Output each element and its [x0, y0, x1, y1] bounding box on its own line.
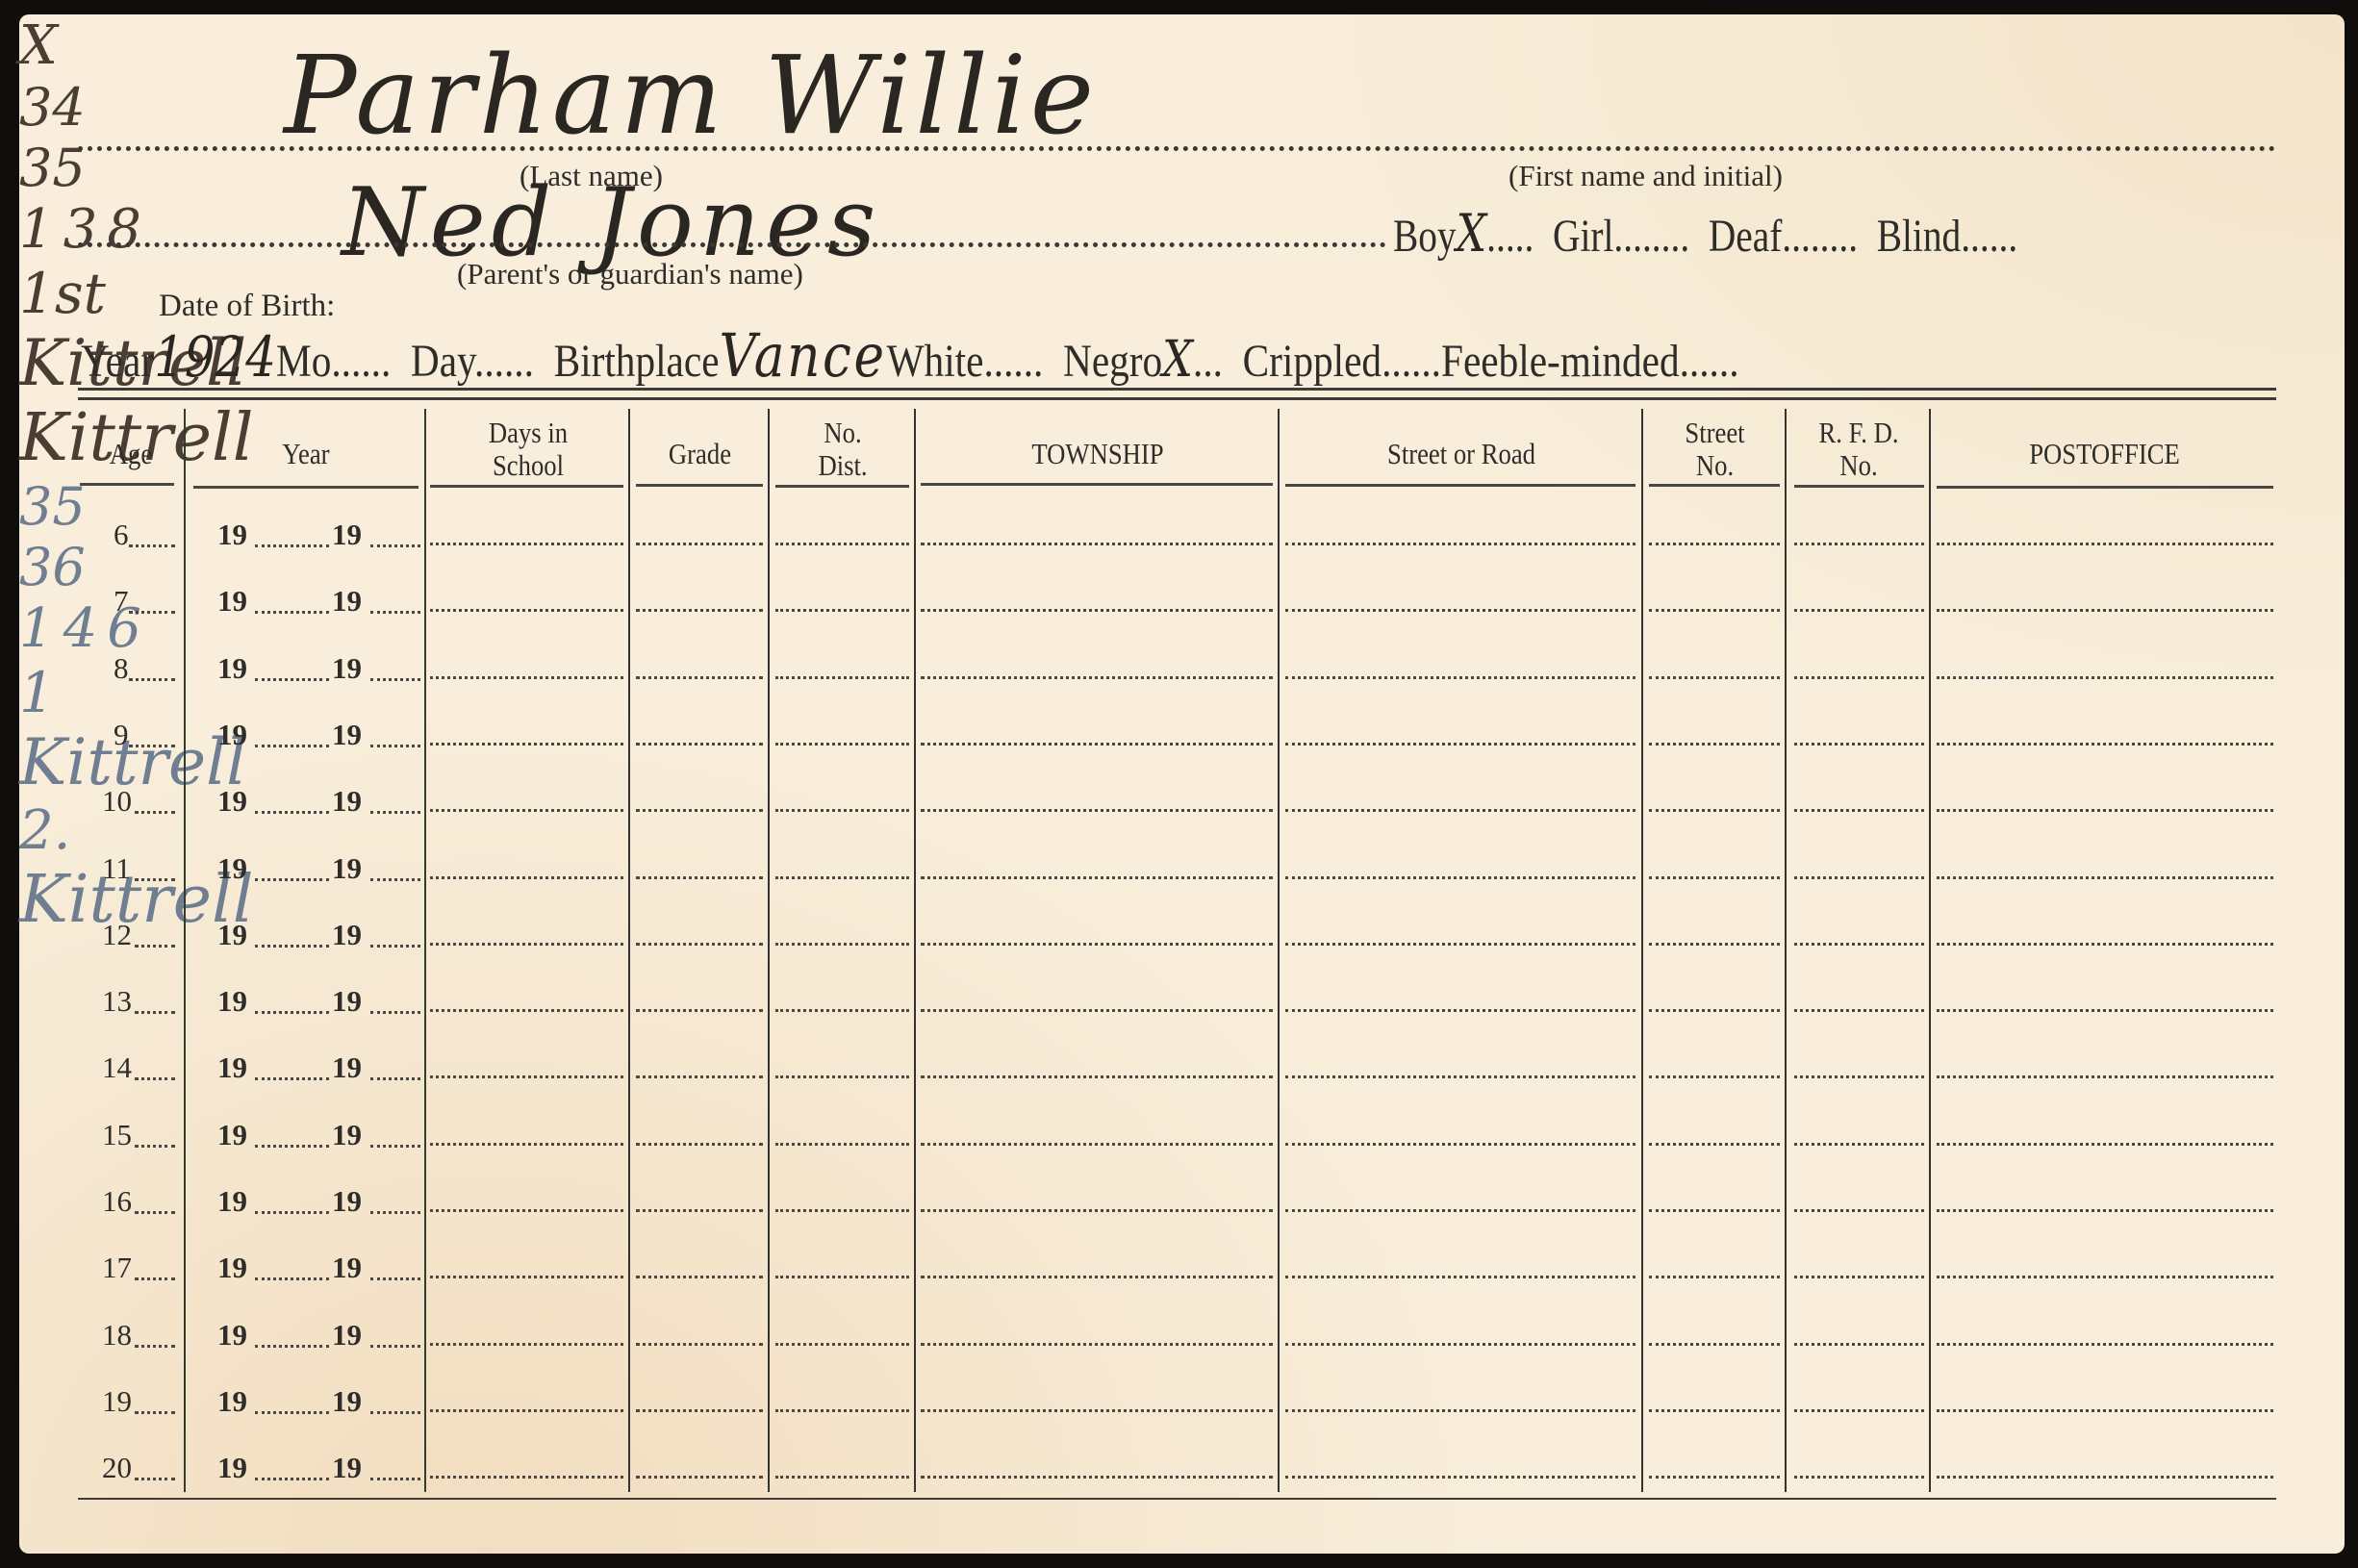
row-field-dots [775, 609, 909, 612]
header-underline [1285, 484, 1635, 487]
row-year-from-dots [255, 878, 329, 881]
col-divider-age-year [184, 409, 186, 1492]
header-grade: Grade [642, 438, 758, 470]
row-year-to-dots [370, 1145, 420, 1148]
col-divider-year-days [424, 409, 426, 1492]
row-year-from-prefix: 19 [217, 784, 247, 819]
row-field-dots [921, 1343, 1273, 1346]
row-year-from-prefix: 19 [217, 1318, 247, 1353]
dob-row: Year1924Mo...... Day...... BirthplaceVan… [81, 320, 2009, 391]
row-year-to-dots [370, 1077, 420, 1080]
row-field-dots [921, 943, 1273, 946]
row-grade: 1 [19, 660, 2345, 725]
row-year-from-dots [255, 811, 329, 814]
negro-mark: X [1162, 331, 1193, 389]
header-underline [775, 485, 909, 488]
row-field-dots [1937, 1409, 2273, 1412]
row-age: 14 [102, 1050, 132, 1085]
row-field-dots [775, 676, 909, 679]
row-field-dots [1285, 1143, 1635, 1146]
header-year: Year [204, 438, 408, 470]
row-field-dots [1285, 1343, 1635, 1346]
birthplace-label: Birthplace [554, 336, 720, 387]
row-year-to-dots [370, 1211, 420, 1214]
row-field-dots [1649, 1276, 1780, 1278]
row-field-dots [430, 1343, 623, 1346]
row-field-dots [1285, 1209, 1635, 1212]
row-field-dots [1937, 743, 2273, 746]
girl-label: Girl [1553, 211, 1613, 262]
row-field-dots [636, 1476, 763, 1479]
row-field-dots [1285, 743, 1635, 746]
row-field-dots [1937, 876, 2273, 879]
row-age-dots [129, 544, 175, 547]
row-year-from-dots [255, 1277, 329, 1280]
row-field-dots [430, 543, 623, 545]
row-field-dots [775, 743, 909, 746]
row-year-from-prefix: 19 [217, 1184, 247, 1219]
row-field-dots [921, 1409, 1273, 1412]
row-field-dots [430, 676, 623, 679]
row-field-dots [1794, 1075, 1924, 1078]
row-field-dots [1649, 1343, 1780, 1346]
row-field-dots [1794, 543, 1924, 545]
row-field-dots [775, 543, 909, 545]
row-year-to-dots [370, 745, 420, 747]
row-field-dots [1649, 1476, 1780, 1479]
row-year-from-prefix: 19 [217, 584, 247, 619]
row-field-dots [775, 943, 909, 946]
row-township: Kittrell [19, 725, 2345, 799]
row-field-dots [1794, 1209, 1924, 1212]
row-field-dots [1285, 676, 1635, 679]
row-year-from-dots [255, 1345, 329, 1348]
row-field-dots [1794, 1409, 1924, 1412]
row-year-to-prefix: 19 [332, 518, 362, 552]
header-underline [80, 483, 174, 486]
row-field-dots [636, 1143, 763, 1146]
row-field-dots [921, 1009, 1273, 1012]
row-year-to-prefix: 19 [332, 1184, 362, 1219]
row-year-from-prefix: 19 [217, 984, 247, 1019]
row-field-dots [1285, 1476, 1635, 1479]
row-field-dots [921, 676, 1273, 679]
row-field-dots [636, 1343, 763, 1346]
row-year-to-dots [370, 1345, 420, 1348]
row-field-dots [1794, 1343, 1924, 1346]
row-field-dots [1794, 1276, 1924, 1278]
row-field-dots [1794, 1476, 1924, 1479]
col-divider-township-street [1278, 409, 1280, 1492]
row-year-to-dots [370, 611, 420, 614]
row-year-to-dots [370, 1478, 420, 1480]
header-double-rule-top [78, 388, 2276, 391]
row-field-dots [1285, 1409, 1635, 1412]
row-year-to-dots [370, 1011, 420, 1014]
row-field-dots [1285, 1276, 1635, 1278]
header-underline [1794, 485, 1924, 488]
row-field-dots [921, 1476, 1273, 1479]
row-field-dots [775, 1276, 909, 1278]
row-year-to-prefix: 19 [332, 984, 362, 1019]
row-age-dots [135, 1411, 175, 1414]
row-field-dots [775, 1343, 909, 1346]
row-field-dots [775, 1009, 909, 1012]
row-field-dots [1937, 1343, 2273, 1346]
header-underline [636, 484, 763, 487]
row-year-to-prefix: 19 [332, 1318, 362, 1353]
row-field-dots [1285, 609, 1635, 612]
row-year-to-dots [370, 811, 420, 814]
dob-label: Date of Birth: [159, 289, 335, 324]
row-field-dots [1285, 943, 1635, 946]
row-field-dots [1285, 1009, 1635, 1012]
row-field-dots [1285, 543, 1635, 545]
row-field-dots [1937, 676, 2273, 679]
feeble-minded-label: Feeble-minded [1441, 336, 1680, 387]
row-field-dots [636, 1209, 763, 1212]
row-year-from-prefix: 19 [217, 1384, 247, 1419]
row-field-dots [1937, 1476, 2273, 1479]
row-field-dots [636, 876, 763, 879]
row-year-to-prefix: 19 [332, 718, 362, 752]
row-age-dots [135, 1345, 175, 1348]
row-age: 10 [102, 784, 132, 819]
row-age: 12 [102, 918, 132, 952]
row-field-dots [1794, 1143, 1924, 1146]
row-year-to-dots [370, 544, 420, 547]
row-age: 18 [102, 1318, 132, 1353]
row-year-to-prefix: 19 [332, 1251, 362, 1285]
row-field-dots [1649, 1009, 1780, 1012]
row-year-to-dots [370, 878, 420, 881]
header-underline [921, 483, 1273, 486]
row-year-from-prefix: 19 [217, 1118, 247, 1152]
row-year-to-dots [370, 1277, 420, 1280]
row-year-from-prefix: 19 [217, 651, 247, 686]
row-field-dots [775, 1209, 909, 1212]
row-field-dots [1649, 1409, 1780, 1412]
row-year-to-prefix: 19 [332, 1384, 362, 1419]
row-field-dots [430, 609, 623, 612]
row-field-dots [1937, 1009, 2273, 1012]
row-field-dots [430, 1409, 623, 1412]
row-field-dots [1794, 1009, 1924, 1012]
row-year-from-prefix: 19 [217, 1251, 247, 1285]
row-field-dots [1937, 543, 2273, 545]
row-field-dots [921, 609, 1273, 612]
row-field-dots [1937, 943, 2273, 946]
table-bottom-rule [78, 1498, 2276, 1500]
row-year-to-prefix: 19 [332, 651, 362, 686]
row-age-dots [135, 1211, 175, 1214]
row-field-dots [1937, 609, 2273, 612]
row-age: 7 [114, 584, 129, 619]
negro-label: Negro [1063, 336, 1162, 387]
row-field-dots [1937, 1075, 2273, 1078]
row-field-dots [636, 943, 763, 946]
row-age: 16 [102, 1184, 132, 1219]
row-field-dots [1649, 1143, 1780, 1146]
row-field-dots [430, 743, 623, 746]
row-field-dots [775, 1143, 909, 1146]
row-age-dots [135, 811, 175, 814]
row-field-dots [1649, 676, 1780, 679]
row-year-to-dots [370, 945, 420, 948]
row-field-dots [921, 1209, 1273, 1212]
year-label: Year [81, 336, 154, 387]
row-year-from-dots [255, 1077, 329, 1080]
month-label: Mo [276, 336, 331, 387]
row-postoffice: Kittrell [19, 862, 2345, 938]
row-year-from-prefix: 19 [217, 718, 247, 752]
row-year-to-prefix: 19 [332, 1118, 362, 1152]
header-underline [430, 485, 623, 488]
row-field-dots [775, 1476, 909, 1479]
crippled-label: Crippled [1243, 336, 1382, 387]
row-year-to-prefix: 19 [332, 1050, 362, 1085]
row-field-dots [636, 1409, 763, 1412]
row-age: 6 [114, 518, 129, 552]
header-age: Age [86, 438, 177, 470]
row-year-from-prefix: 19 [217, 918, 247, 952]
row-field-dots [1285, 1075, 1635, 1078]
birth-year-value: 1924 [154, 324, 276, 390]
child-name-handwritten: Parham Willie [284, 34, 1098, 159]
row-year-from-dots [255, 745, 329, 747]
row-field-dots [1649, 609, 1780, 612]
header-rfd-no: R. F. D. No. [1798, 417, 1919, 482]
row-year-from-dots [255, 1011, 329, 1014]
row-field-dots [1794, 676, 1924, 679]
row-year-to-prefix: 19 [332, 584, 362, 619]
header-underline [1937, 486, 2273, 489]
row-age-dots [135, 1478, 175, 1480]
row-field-dots [1649, 943, 1780, 946]
row-field-dots [921, 543, 1273, 545]
row-field-dots [430, 809, 623, 812]
row-field-dots [921, 809, 1273, 812]
row-year-from-prefix: 19 [217, 1050, 247, 1085]
header-days-in-school: Days in School [443, 417, 615, 482]
row-field-dots [921, 1276, 1273, 1278]
row-year-from-dots [255, 1478, 329, 1480]
row-age-dots [135, 1077, 175, 1080]
row-field-dots [1937, 1143, 2273, 1146]
row-age-dots [135, 1011, 175, 1014]
row-field-dots [636, 743, 763, 746]
row-field-dots [430, 943, 623, 946]
row-field-dots [1937, 1276, 2273, 1278]
row-age-dots [135, 1145, 175, 1148]
row-age: 11 [102, 851, 131, 886]
school-census-card: Parham Willie (Last name) (First name an… [19, 14, 2345, 1554]
row-field-dots [430, 1009, 623, 1012]
day-label: Day [411, 336, 474, 387]
header-street-or-road: Street or Road [1306, 438, 1616, 470]
row-field-dots [1794, 943, 1924, 946]
row-year-from-dots [255, 945, 329, 948]
row-field-dots [636, 1009, 763, 1012]
deaf-label: Deaf [1709, 211, 1782, 262]
row-days-in-school: 146 [19, 597, 2345, 660]
sex-disability-fields: BoyX..... Girl........ Deaf........ Blin… [1393, 203, 2155, 264]
row-age: 17 [102, 1251, 132, 1285]
row-age: 20 [102, 1451, 132, 1485]
row-field-dots [636, 543, 763, 545]
row-age-dots [129, 678, 175, 681]
white-label: White [887, 336, 984, 387]
boy-mark: X [1457, 203, 1487, 264]
row-year-from-prefix: 19 [217, 1451, 247, 1485]
row-age-dots [135, 878, 175, 881]
row-year-to-prefix: 19 [332, 918, 362, 952]
col-divider-dist-township [914, 409, 916, 1492]
row-field-dots [1649, 809, 1780, 812]
birthplace-value: Vance [720, 320, 887, 391]
row-year-to-prefix: 19 [332, 851, 362, 886]
header-underline [1649, 484, 1780, 487]
row-year-from-dots [255, 1411, 329, 1414]
row-field-dots [636, 676, 763, 679]
row-year-from-dots [255, 678, 329, 681]
row-year-from-dots [255, 544, 329, 547]
row-year-to-prefix: 19 [332, 784, 362, 819]
row-year-to: 36 [19, 537, 2345, 597]
row-age-dots [129, 745, 175, 747]
row-year-from-prefix: 19 [217, 851, 247, 886]
row-field-dots [921, 876, 1273, 879]
row-age-dots [129, 611, 175, 614]
row-year-to-prefix: 19 [332, 1451, 362, 1485]
header-township: TOWNSHIP [943, 438, 1253, 470]
header-underline [193, 486, 418, 489]
header-postoffice: POSTOFFICE [1957, 438, 2252, 470]
header-no-dist: No. Dist. [781, 417, 903, 482]
row-field-dots [430, 1476, 623, 1479]
row-field-dots [430, 1075, 623, 1078]
row-year-to-dots [370, 678, 420, 681]
row-field-dots [775, 1409, 909, 1412]
row-year-from-prefix: 19 [217, 518, 247, 552]
row-field-dots [1794, 743, 1924, 746]
row-field-dots [636, 1075, 763, 1078]
row-field-dots [1794, 809, 1924, 812]
row-field-dots [921, 1143, 1273, 1146]
row-field-dots [775, 809, 909, 812]
row-field-dots [1649, 543, 1780, 545]
parent-label: (Parent's or guardian's name) [457, 257, 803, 291]
row-year-from-dots [255, 611, 329, 614]
row-field-dots [430, 876, 623, 879]
row-field-dots [1649, 743, 1780, 746]
row-field-dots [1649, 1075, 1780, 1078]
row-field-dots [636, 809, 763, 812]
row-field-dots [1794, 609, 1924, 612]
row-field-dots [430, 1276, 623, 1278]
header-street-no: Street No. [1655, 417, 1775, 482]
first-name-label: (First name and initial) [1509, 159, 1783, 193]
row-year-to-dots [370, 1411, 420, 1414]
row-field-dots [1649, 1209, 1780, 1212]
row-field-dots [921, 1075, 1273, 1078]
blind-label: Blind [1877, 211, 1961, 262]
row-year-from-dots [255, 1211, 329, 1214]
row-field-dots [636, 1276, 763, 1278]
row-age: 15 [102, 1118, 132, 1152]
header-double-rule-bottom [78, 397, 2276, 400]
row-age: 19 [102, 1384, 132, 1419]
row-field-dots [430, 1209, 623, 1212]
row-field-dots [1937, 809, 2273, 812]
row-age: 13 [102, 984, 132, 1019]
row-field-dots [921, 743, 1273, 746]
row-age: 8 [114, 651, 129, 686]
boy-label: Boy [1393, 211, 1457, 262]
row-field-dots [1937, 1209, 2273, 1212]
col-divider-rfd-postoffice [1929, 409, 1931, 1492]
row-field-dots [1285, 809, 1635, 812]
row-age-dots [135, 1277, 175, 1280]
row-year-from-dots [255, 1145, 329, 1148]
row-age-dots [135, 945, 175, 948]
row-field-dots [430, 1143, 623, 1146]
col-divider-days-grade [628, 409, 630, 1492]
col-divider-streetno-rfd [1785, 409, 1787, 1492]
row-field-dots [1794, 876, 1924, 879]
row-field-dots [1649, 876, 1780, 879]
row-field-dots [775, 1075, 909, 1078]
child-name-line [78, 146, 2276, 151]
row-field-dots [1285, 876, 1635, 879]
row-field-dots [636, 609, 763, 612]
col-divider-grade-dist [768, 409, 770, 1492]
parent-name-line [78, 242, 1386, 247]
row-field-dots [775, 876, 909, 879]
col-divider-street-streetno [1641, 409, 1643, 1492]
row-age: 9 [114, 718, 129, 752]
